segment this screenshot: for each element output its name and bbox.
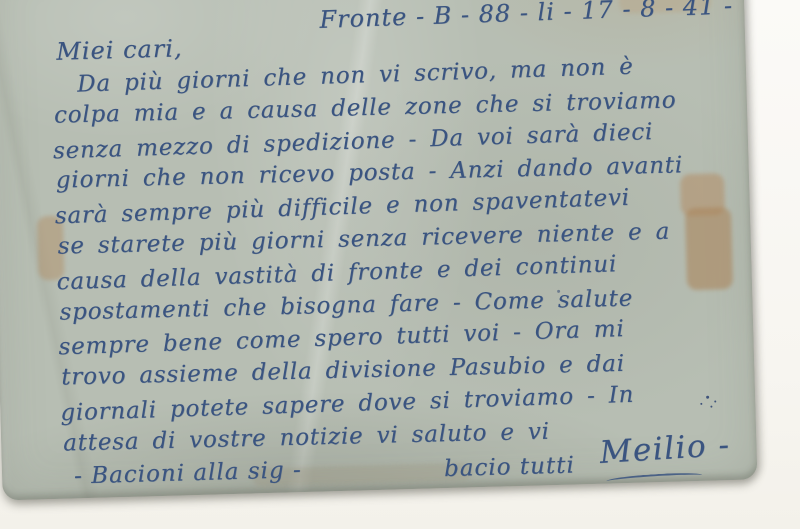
- scanner-background: Fronte - B - 88 - li - 17 - 8 - 41 - Mie…: [0, 0, 800, 529]
- dateline: Fronte - B - 88 - li - 17 - 8 - 41 -: [319, 0, 733, 34]
- signature-underline: [606, 471, 702, 485]
- postcard: Fronte - B - 88 - li - 17 - 8 - 41 - Mie…: [0, 0, 757, 500]
- closing-center: bacio tutti: [444, 452, 575, 482]
- letter-body: Da più giorni che non vi scrivo, ma non …: [51, 49, 752, 462]
- salutation: Miei cari,: [56, 34, 183, 66]
- signature: Meilio -: [599, 427, 732, 471]
